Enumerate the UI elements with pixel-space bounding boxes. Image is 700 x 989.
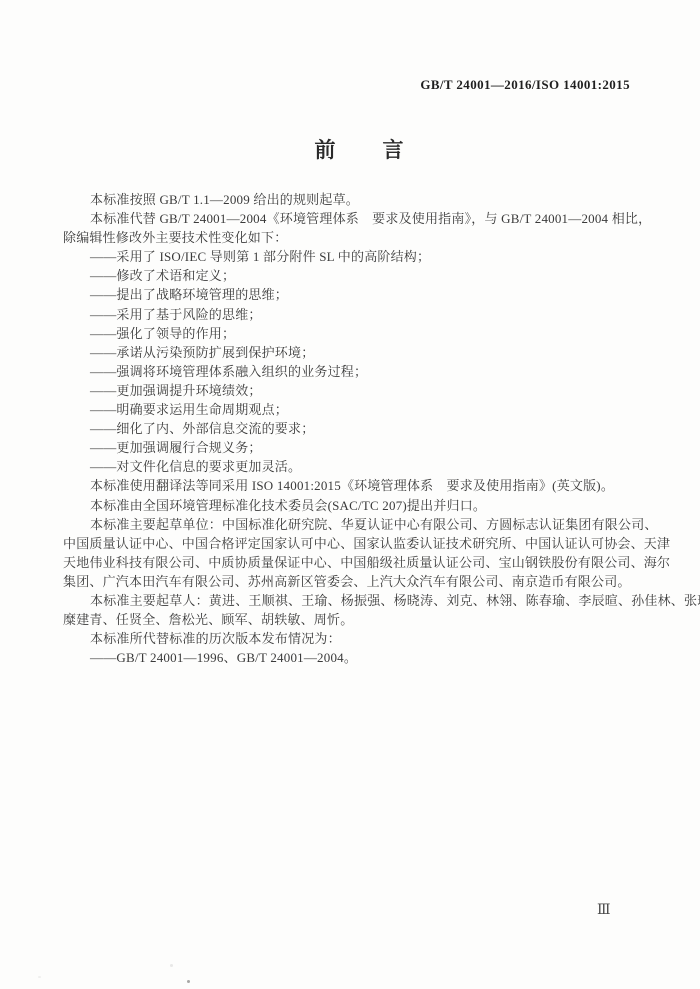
text-line: 中国质量认证中心、中国合格评定国家认可中心、国家认监委认证技术研究所、中国认证认…	[63, 534, 635, 553]
text-line: 本标准主要起草人：黄进、王顺祺、王瑜、杨振强、杨晓涛、刘克、林翎、陈春瑜、李辰暄…	[63, 591, 635, 610]
text-line: 本标准所代替标准的历次版本发布情况为：	[63, 629, 635, 648]
page-title-char-1: 前	[315, 134, 336, 164]
text-line: ——明确要求运用生命周期观点；	[63, 400, 635, 419]
text-line: ——承诺从污染预防扩展到保护环境；	[63, 343, 635, 362]
document-body: 本标准按照 GB/T 1.1—2009 给出的规则起草。 本标准代替 GB/T …	[63, 190, 635, 667]
text-line: 本标准代替 GB/T 24001—2004《环境管理体系 要求及使用指南》，与 …	[63, 209, 635, 228]
standard-number-header: GB/T 24001—2016/ISO 14001:2015	[420, 77, 630, 93]
text-line: ——更加强调提升环境绩效；	[63, 381, 635, 400]
text-line: ——更加强调履行合规义务；	[63, 438, 635, 457]
page-number: Ⅲ	[597, 902, 611, 919]
text-line: 本标准使用翻译法等同采用 ISO 14001:2015《环境管理体系 要求及使用…	[63, 476, 635, 495]
text-line: 除编辑性修改外主要技术性变化如下：	[63, 228, 635, 247]
text-line: ——采用了 ISO/IEC 导则第 1 部分附件 SL 中的高阶结构；	[63, 247, 635, 266]
text-line: 天地伟业科技有限公司、中质协质量保证中心、中国船级社质量认证公司、宝山钢铁股份有…	[63, 553, 635, 572]
document-page: GB/T 24001—2016/ISO 14001:2015 前 言 本标准按照…	[0, 0, 700, 989]
page-title: 前 言	[18, 134, 700, 164]
text-line: ——强调将环境管理体系融入组织的业务过程；	[63, 362, 635, 381]
text-line: ——GB/T 24001—1996、GB/T 24001—2004。	[63, 648, 635, 667]
text-line: 集团、广汽本田汽车有限公司、苏州高新区管委会、上汽大众汽车有限公司、南京造币有限…	[63, 572, 635, 591]
page-title-char-2: 言	[383, 134, 404, 164]
scan-speck	[170, 964, 173, 967]
text-line: 本标准按照 GB/T 1.1—2009 给出的规则起草。	[63, 190, 635, 209]
text-line: 本标准由全国环境管理标准化技术委员会(SAC/TC 207)提出并归口。	[63, 496, 635, 515]
text-line: 糜建青、任贤全、詹松光、顾军、胡轶敏、周忻。	[63, 610, 635, 629]
text-line: ——修改了术语和定义；	[63, 266, 635, 285]
text-line: ——细化了内、外部信息交流的要求；	[63, 419, 635, 438]
scan-speck	[187, 980, 190, 983]
text-line: ——强化了领导的作用；	[63, 324, 635, 343]
text-line: ——采用了基于风险的思维；	[63, 305, 635, 324]
scan-speck	[38, 976, 41, 978]
text-line: ——提出了战略环境管理的思维；	[63, 285, 635, 304]
text-line: 本标准主要起草单位：中国标准化研究院、华夏认证中心有限公司、方圆标志认证集团有限…	[63, 515, 635, 534]
text-line: ——对文件化信息的要求更加灵活。	[63, 457, 635, 476]
